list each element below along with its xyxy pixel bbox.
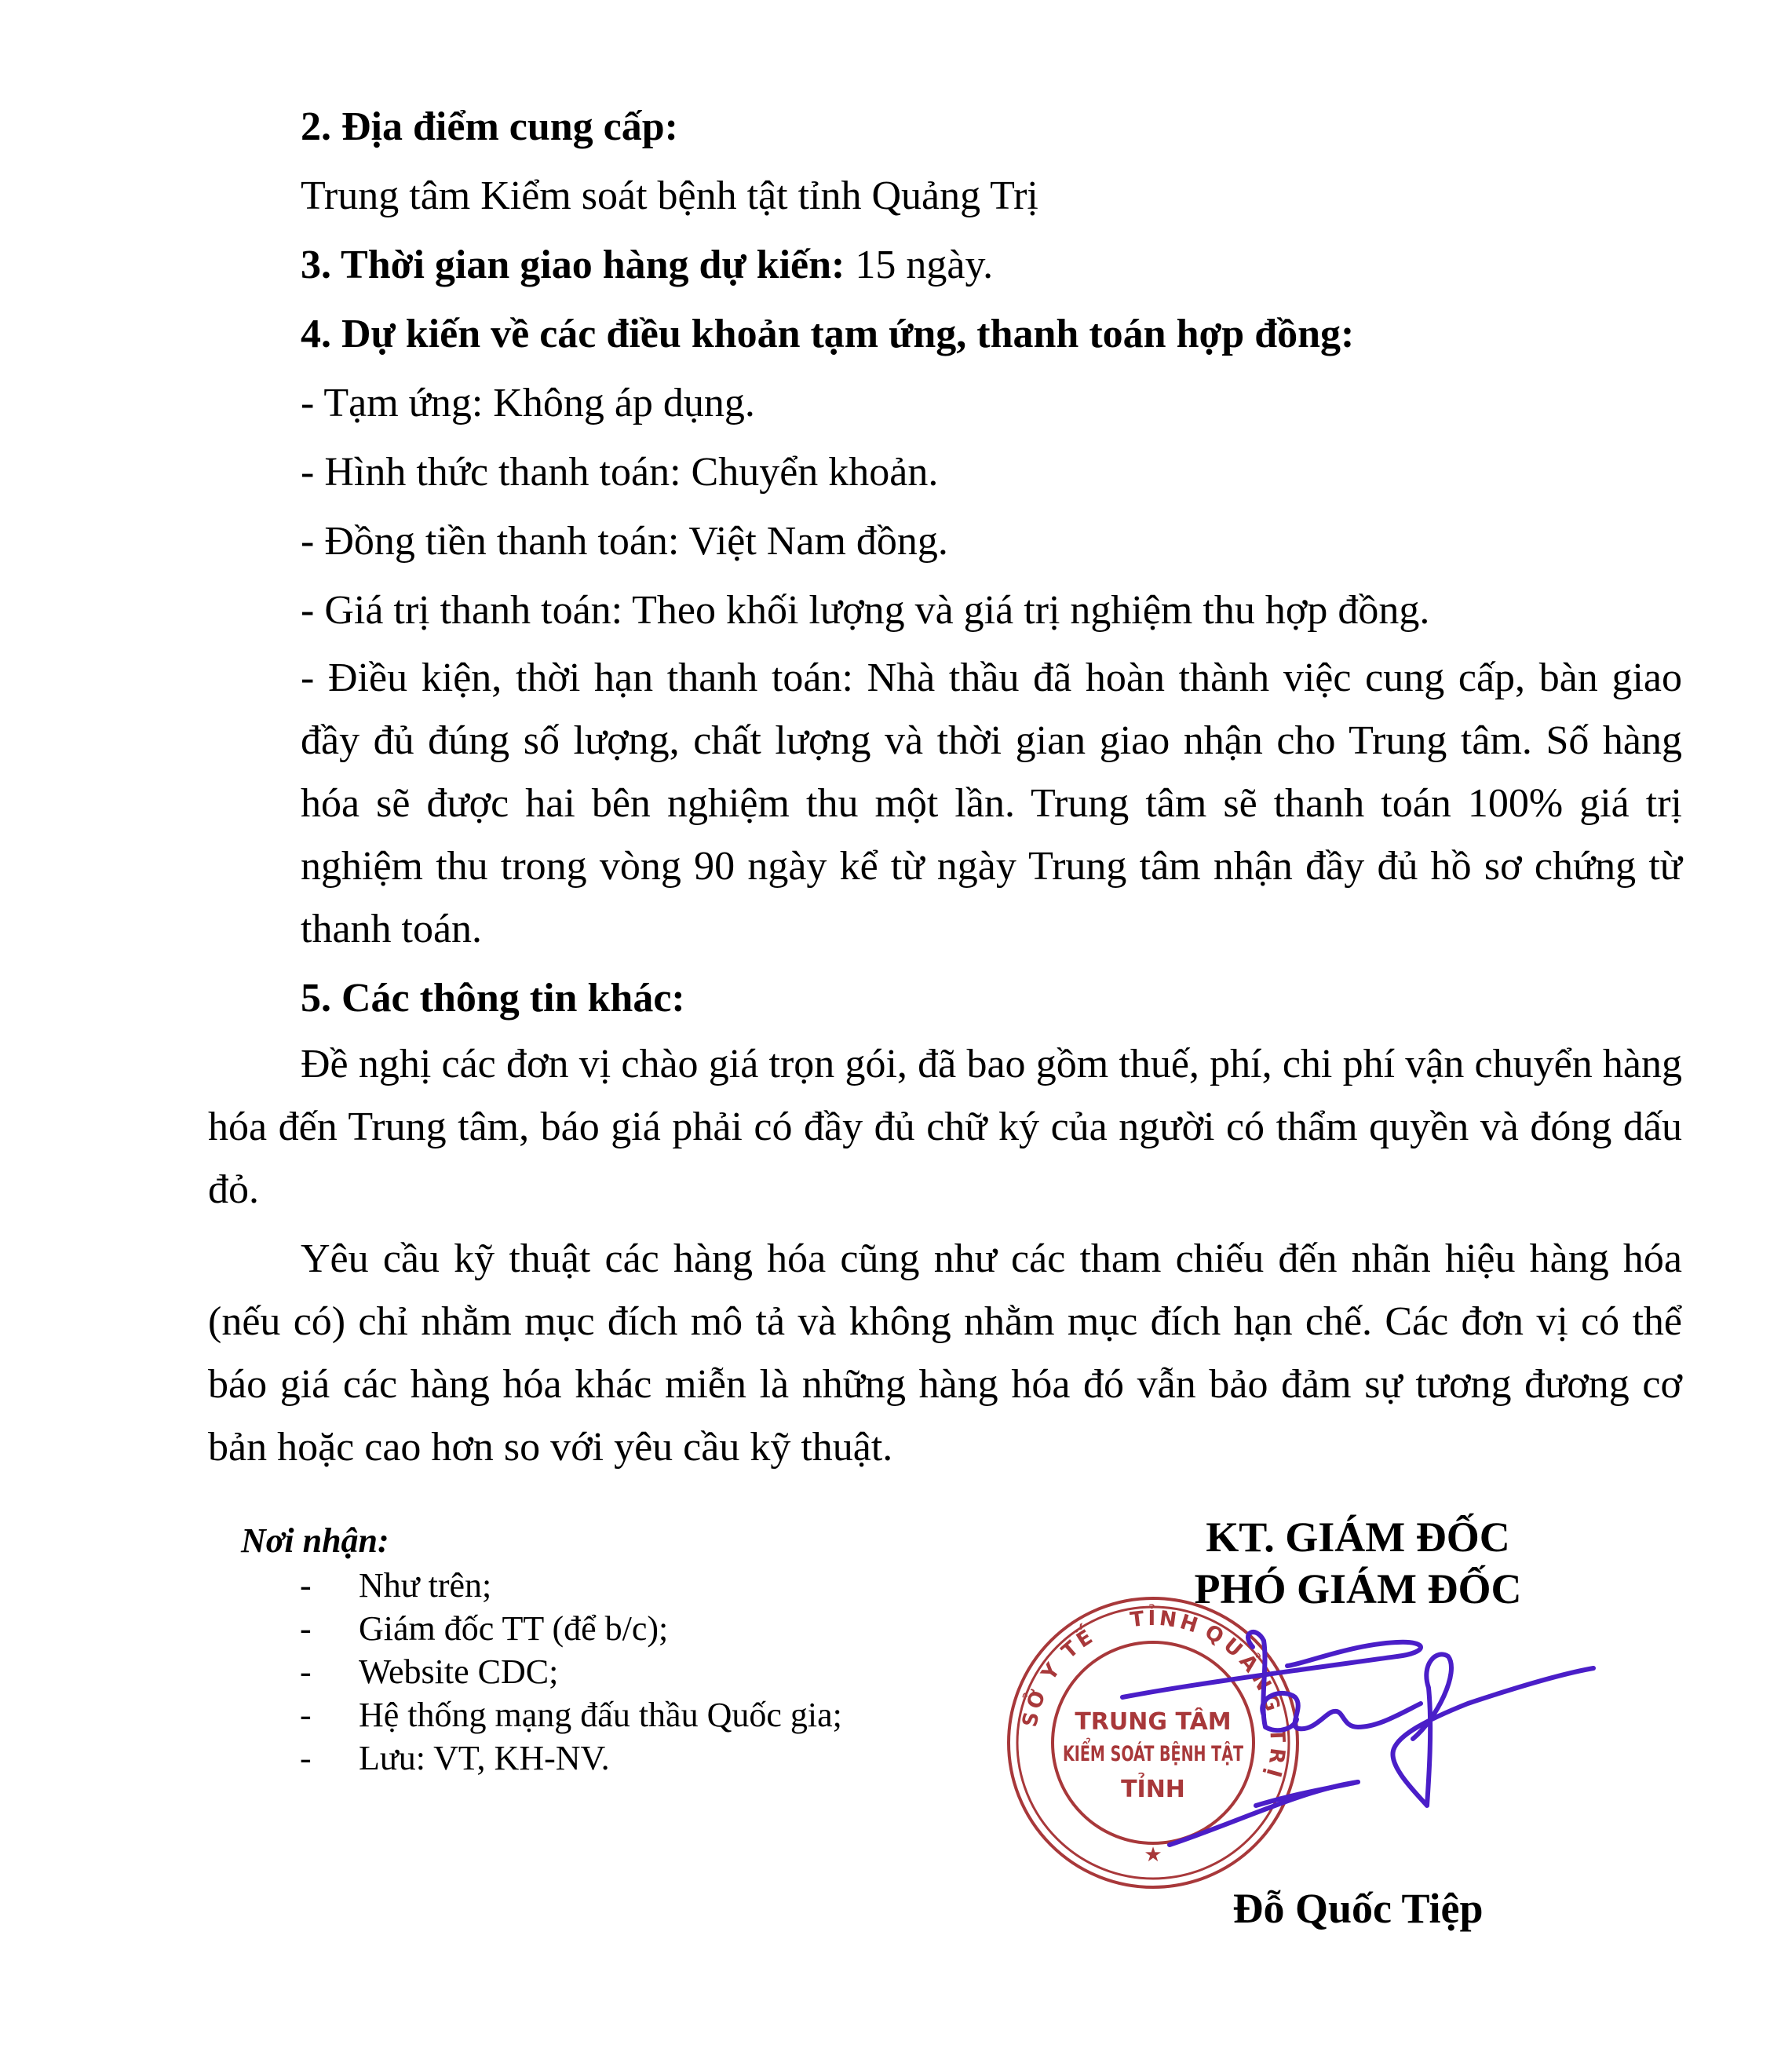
dash-bullet: - <box>241 1607 359 1650</box>
section-5-heading: 5. Các thông tin khác: <box>208 964 1682 1033</box>
dash-bullet: - <box>241 1736 359 1780</box>
recipient-label: Website CDC; <box>359 1650 558 1693</box>
signer-name: Đỗ Quốc Tiệp <box>1083 1884 1633 1933</box>
recipient-item: -Website CDC; <box>241 1650 947 1693</box>
payment-item-value: - Giá trị thanh toán: Theo khối lượng và… <box>208 576 1682 645</box>
signature-title-line1: KT. GIÁM ĐỐC <box>1083 1511 1633 1563</box>
section-2-heading: 2. Địa điểm cung cấp: <box>208 93 1682 162</box>
handwritten-signature-icon <box>1099 1609 1601 1868</box>
recipients-block: Nơi nhận: -Như trên; -Giám đốc TT (để b/… <box>241 1519 947 1780</box>
section-5-paragraph-2: Yêu cầu kỹ thuật các hàng hóa cũng như c… <box>208 1228 1682 1479</box>
recipient-item: -Lưu: VT, KH-NV. <box>241 1736 947 1780</box>
section-4-heading: 4. Dự kiến về các điều khoản tạm ứng, th… <box>208 300 1682 369</box>
document-body: 2. Địa điểm cung cấp: Trung tâm Kiểm soá… <box>208 93 1682 1479</box>
recipient-label: Lưu: VT, KH-NV. <box>359 1736 610 1780</box>
dash-bullet: - <box>241 1564 359 1607</box>
recipient-item: -Giám đốc TT (để b/c); <box>241 1607 947 1650</box>
payment-conditions-paragraph: - Điều kiện, thời hạn thanh toán: Nhà th… <box>208 647 1682 961</box>
recipient-label: Hệ thống mạng đấu thầu Quốc gia; <box>359 1693 842 1736</box>
dash-bullet: - <box>241 1650 359 1693</box>
document-page: 2. Địa điểm cung cấp: Trung tâm Kiểm soá… <box>0 0 1792 2045</box>
section-3-line: 3. Thời gian giao hàng dự kiến: 15 ngày. <box>208 231 1682 300</box>
recipients-list: -Như trên; -Giám đốc TT (để b/c); -Websi… <box>241 1564 947 1780</box>
section-5-paragraph-1: Đề nghị các đơn vị chào giá trọn gói, đã… <box>208 1033 1682 1222</box>
recipient-label: Như trên; <box>359 1564 491 1607</box>
payment-item-advance: - Tạm ứng: Không áp dụng. <box>208 369 1682 438</box>
section-2-body: Trung tâm Kiểm soát bệnh tật tỉnh Quảng … <box>208 162 1682 231</box>
section-3-heading: 3. Thời gian giao hàng dự kiến: <box>301 243 845 287</box>
payment-item-currency: - Đồng tiền thanh toán: Việt Nam đồng. <box>208 507 1682 576</box>
section-3-value: 15 ngày. <box>845 243 993 287</box>
recipient-item: -Hệ thống mạng đấu thầu Quốc gia; <box>241 1693 947 1736</box>
dash-bullet: - <box>241 1693 359 1736</box>
recipients-title: Nơi nhận: <box>241 1519 947 1562</box>
recipient-item: -Như trên; <box>241 1564 947 1607</box>
recipient-label: Giám đốc TT (để b/c); <box>359 1607 668 1650</box>
payment-item-method: - Hình thức thanh toán: Chuyển khoản. <box>208 438 1682 507</box>
